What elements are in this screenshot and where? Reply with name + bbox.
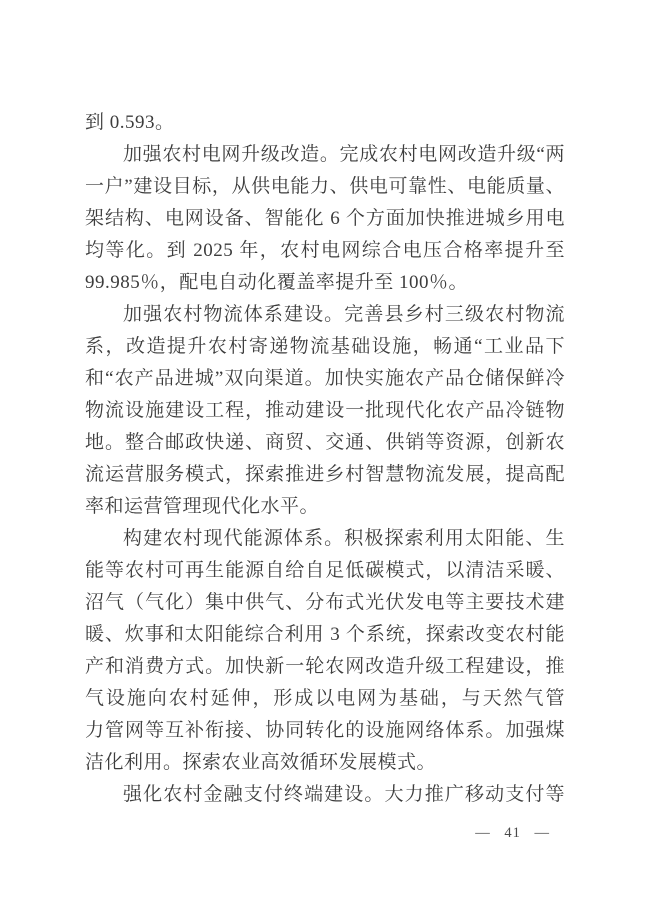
text-line: 产和消费方式。加快新一轮农网改造升级工程建设，推动供 bbox=[85, 651, 565, 683]
text-line: 力管网等互补衔接、协同转化的设施网络体系。加强煤炭清 bbox=[85, 715, 565, 747]
text-line: 系，改造提升农村寄递物流基础设施，畅通“工业品下乡” bbox=[85, 331, 565, 363]
text-line: 能等农村可再生能源自给自足低碳模式，以清洁采暖、秸秆 bbox=[85, 555, 565, 587]
text-line-paragraph-start: 构建农村现代能源体系。积极探索利用太阳能、生物质 bbox=[85, 523, 565, 555]
document-text-block: 到 0.593。 加强农村电网升级改造。完成农村电网改造升级“两率 一户”建设目… bbox=[85, 107, 565, 811]
text-line: 洁化利用。探索农业高效循环发展模式。 bbox=[85, 747, 565, 779]
text-line: 气设施向农村延伸，形成以电网为基础，与天然气管网、热 bbox=[85, 683, 565, 715]
text-line: 暖、炊事和太阳能综合利用 3 个系统，探索改变农村能源生 bbox=[85, 619, 565, 651]
text-line: 均等化。到 2025 年，农村电网综合电压合格率提升至 bbox=[85, 235, 565, 267]
text-line: 沼气（气化）集中供气、分布式光伏发电等主要技术建成采 bbox=[85, 587, 565, 619]
text-line: 流运营服务模式，探索推进乡村智慧物流发展，提高配送效 bbox=[85, 459, 565, 491]
text-line: 和“农产品进城”双向渠道。加快实施农产品仓储保鲜冷链 bbox=[85, 363, 565, 395]
text-line: 率和运营管理现代化水平。 bbox=[85, 491, 565, 523]
text-line-paragraph-start: 加强农村物流体系建设。完善县乡村三级农村物流体 bbox=[85, 299, 565, 331]
text-line: 一户”建设目标，从供电能力、供电可靠性、电能质量、网 bbox=[85, 171, 565, 203]
text-line: 到 0.593。 bbox=[85, 107, 565, 139]
document-page: 到 0.593。 加强农村电网升级改造。完成农村电网改造升级“两率 一户”建设目… bbox=[0, 0, 650, 919]
text-line: 架结构、电网设备、智能化 6 个方面加快推进城乡用电水平 bbox=[85, 203, 565, 235]
text-line-paragraph-start: 加强农村电网升级改造。完成农村电网改造升级“两率 bbox=[85, 139, 565, 171]
page-number: — 41 — bbox=[475, 823, 550, 843]
text-line: 物流设施建设工程，推动建设一批现代化农产品冷链物流基 bbox=[85, 395, 565, 427]
text-line-paragraph-start: 强化农村金融支付终端建设。大力推广移动支付等新兴 bbox=[85, 779, 565, 811]
text-line: 地。整合邮政快递、商贸、交通、供销等资源，创新农村物 bbox=[85, 427, 565, 459]
text-line: 99.985％，配电自动化覆盖率提升至 100％。 bbox=[85, 267, 565, 299]
